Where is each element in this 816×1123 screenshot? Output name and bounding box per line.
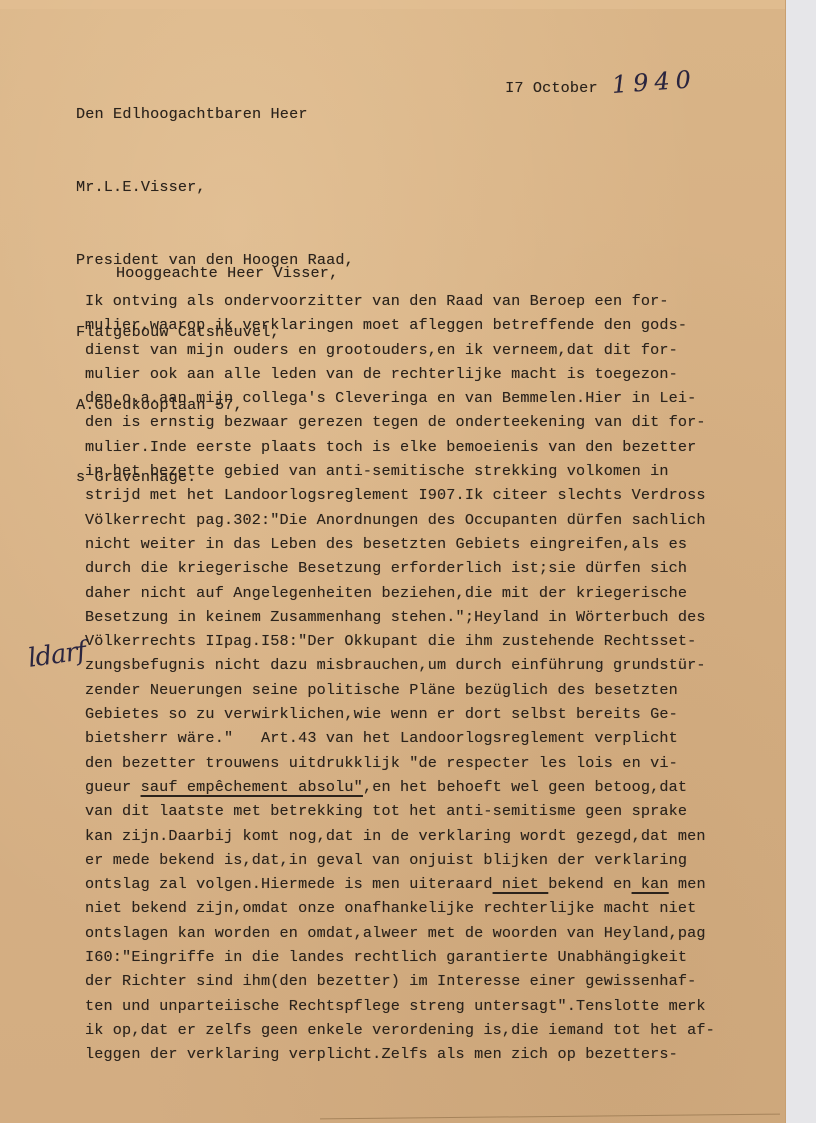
letter-date: I7 October1940: [468, 52, 697, 116]
body-line: bietsherr wäre." Art.43 van het Landoorl…: [85, 726, 715, 750]
body-line: daher nicht auf Angelegenheiten beziehen…: [85, 581, 715, 605]
date-typed: I7 October: [505, 79, 598, 97]
body-line: Völkerrechts IIpag.I58:"Der Okkupant die…: [85, 629, 715, 653]
body-line: ten und unparteiische Rechtspflege stren…: [85, 994, 715, 1018]
body-line: mulier.Inde eerste plaats toch is elke b…: [85, 435, 715, 459]
body-line: zender Neuerungen seine politische Pläne…: [85, 678, 715, 702]
body-line: ontslag zal volgen.Hiermede is men uiter…: [85, 872, 715, 896]
body-line: ontslagen kan worden en omdat,alweer met…: [85, 921, 715, 945]
body-line: niet bekend zijn,omdat onze onafhankelij…: [85, 896, 715, 920]
body-line: er mede bekend is,dat,in geval van onjui…: [85, 848, 715, 872]
margin-handwritten-note: ldarf: [26, 636, 87, 674]
letter-body: Ik ontving als ondervoorzitter van den R…: [85, 289, 715, 1067]
handwritten-year: 1940: [611, 65, 698, 99]
body-text-segment: ,en het behoeft wel geen betoog,dat: [363, 778, 687, 796]
body-line: gueur sauf empêchement absolu",en het be…: [85, 775, 715, 799]
body-line: durch die kriegerische Besetzung erforde…: [85, 556, 715, 580]
body-line: kan zijn.Daarbij komt nog,dat in de verk…: [85, 824, 715, 848]
underlined-phrase: sauf empêchement absolu": [141, 778, 363, 796]
body-line: nicht weiter in das Leben des besetzten …: [85, 532, 715, 556]
body-line: zungsbefugnis nicht dazu misbrauchen,um …: [85, 653, 715, 677]
body-line: Ik ontving als ondervoorzitter van den R…: [85, 289, 715, 313]
body-line: ik op,dat er zelfs geen enkele verordeni…: [85, 1018, 715, 1042]
underlined-phrase: niet: [493, 875, 549, 893]
body-line: in het bezette gebied van anti-semitisch…: [85, 459, 715, 483]
salutation: Hooggeachte Heer Visser,: [116, 264, 338, 282]
body-line: mulier ook aan alle leden van de rechter…: [85, 362, 715, 386]
body-line: dienst van mijn ouders en grootouders,en…: [85, 338, 715, 362]
underlined-phrase: kan: [632, 875, 669, 893]
letter-page: Den Edlhoogachtbaren Heer Mr.L.E.Visser,…: [0, 0, 785, 1123]
body-text-segment: men: [669, 875, 706, 893]
body-text-segment: bekend en: [548, 875, 631, 893]
body-line: I60:"Eingriffe in die landes rechtlich g…: [85, 945, 715, 969]
body-line: strijd met het Landoorlogsreglement I907…: [85, 483, 715, 507]
body-text-segment: gueur: [85, 778, 141, 796]
body-line: Besetzung in keinem Zusammenhang stehen.…: [85, 605, 715, 629]
body-line: den,o.a.aan mijn collega's Cleveringa en…: [85, 386, 715, 410]
address-line: Den Edlhoogachtbaren Heer: [76, 102, 354, 126]
body-line: den is ernstig bezwaar gerezen tegen de …: [85, 410, 715, 434]
body-line: leggen der verklaring verplicht.Zelfs al…: [85, 1042, 715, 1066]
body-line: Völkerrecht pag.302:"Die Anordnungen des…: [85, 508, 715, 532]
body-line: Gebietes so zu verwirklichen,wie wenn er…: [85, 702, 715, 726]
body-line: mulier,waarop ik verklaringen moet afleg…: [85, 313, 715, 337]
body-line: den bezetter trouwens uitdrukklijk "de r…: [85, 751, 715, 775]
body-text-segment: ontslag zal volgen.Hiermede is men uiter…: [85, 875, 493, 893]
address-line: Mr.L.E.Visser,: [76, 175, 354, 199]
body-line: der Richter sind ihm(den bezetter) im In…: [85, 969, 715, 993]
body-line: van dit laatste met betrekking tot het a…: [85, 799, 715, 823]
